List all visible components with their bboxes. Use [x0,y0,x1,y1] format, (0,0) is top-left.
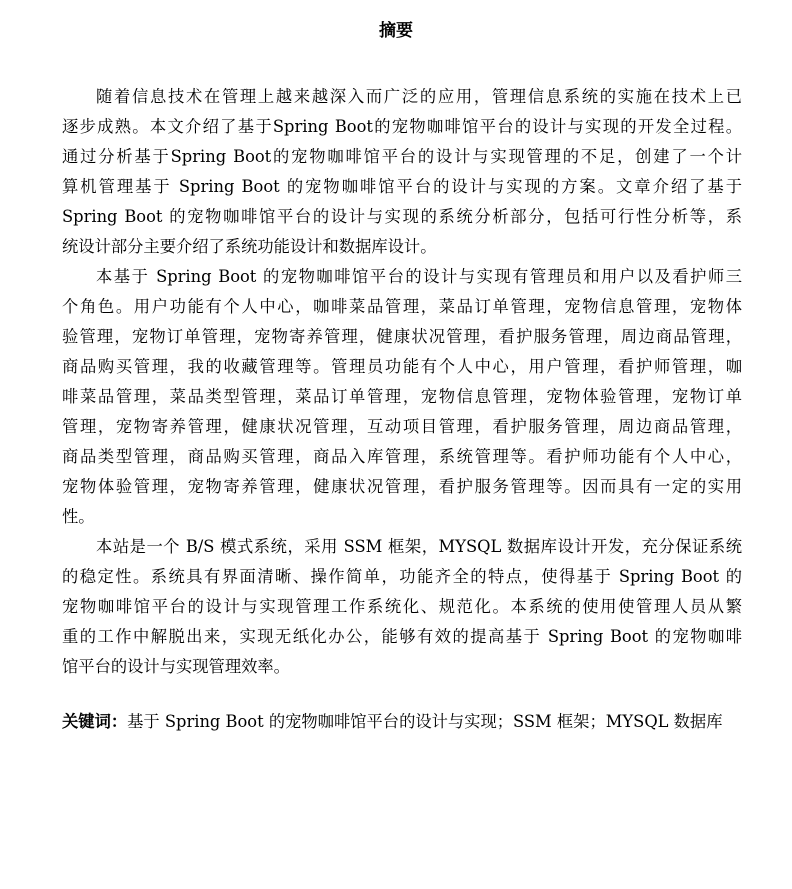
text-line: 宠物咖啡馆平台的设计与实现管理工作系统化、规范化。本系统的使用使管理人员从繁 [62,592,742,622]
text-line: 验管理，宠物订单管理，宠物寄养管理，健康状况管理，看护服务管理，周边商品管理， [62,322,742,352]
text-line: 重的工作中解脱出来，实现无纸化办公，能够有效的提高基于 Spring Boot … [62,622,742,652]
text-line: 馆平台的设计与实现管理效率。 [62,652,742,682]
text-line: 本站是一个 B/S 模式系统，采用 SSM 框架，MYSQL 数据库设计开发，充… [62,532,742,562]
text-line: 的稳定性。系统具有界面清晰、操作简单，功能齐全的特点，使得基于 Spring B… [62,562,742,592]
text-line: 性。 [62,502,742,532]
text-line: 啡菜品管理，菜品类型管理，菜品订单管理，宠物信息管理，宠物体验管理，宠物订单 [62,382,742,412]
abstract-title: 摘要 [0,16,792,41]
abstract-body: 随着信息技术在管理上越来越深入而广泛的应用，管理信息系统的实施在技术上已 逐步成… [62,82,742,682]
text-line: Spring Boot 的宠物咖啡馆平台的设计与实现的系统分析部分，包括可行性分… [62,202,742,232]
text-line: 通过分析基于Spring Boot的宠物咖啡馆平台的设计与实现管理的不足，创建了… [62,142,742,172]
text-line: 个角色。用户功能有个人中心，咖啡菜品管理，菜品订单管理，宠物信息管理，宠物体 [62,292,742,322]
text-line: 算机管理基于 Spring Boot 的宠物咖啡馆平台的设计与实现的方案。文章介… [62,172,742,202]
text-line: 逐步成熟。本文介绍了基于Spring Boot的宠物咖啡馆平台的设计与实现的开发… [62,112,742,142]
paragraph-1: 随着信息技术在管理上越来越深入而广泛的应用，管理信息系统的实施在技术上已 逐步成… [62,82,742,262]
text-line: 商品类型管理，商品购买管理，商品入库管理，系统管理等。看护师功能有个人中心， [62,442,742,472]
keywords-text: 基于 Spring Boot 的宠物咖啡馆平台的设计与实现；SSM 框架；MYS… [127,712,722,731]
text-line: 随着信息技术在管理上越来越深入而广泛的应用，管理信息系统的实施在技术上已 [62,82,742,112]
keywords-label: 关键词： [62,712,127,731]
text-line: 商品购买管理，我的收藏管理等。管理员功能有个人中心，用户管理，看护师管理，咖 [62,352,742,382]
keywords-line: 关键词：基于 Spring Boot 的宠物咖啡馆平台的设计与实现；SSM 框架… [62,707,742,737]
text-line: 管理，宠物寄养管理，健康状况管理，互动项目管理，看护服务管理，周边商品管理， [62,412,742,442]
paragraph-3: 本站是一个 B/S 模式系统，采用 SSM 框架，MYSQL 数据库设计开发，充… [62,532,742,682]
text-line: 宠物体验管理，宠物寄养管理，健康状况管理，看护服务管理等。因而具有一定的实用 [62,472,742,502]
paragraph-2: 本基于 Spring Boot 的宠物咖啡馆平台的设计与实现有管理员和用户以及看… [62,262,742,532]
text-line: 统设计部分主要介绍了系统功能设计和数据库设计。 [62,232,742,262]
text-line: 本基于 Spring Boot 的宠物咖啡馆平台的设计与实现有管理员和用户以及看… [62,262,742,292]
